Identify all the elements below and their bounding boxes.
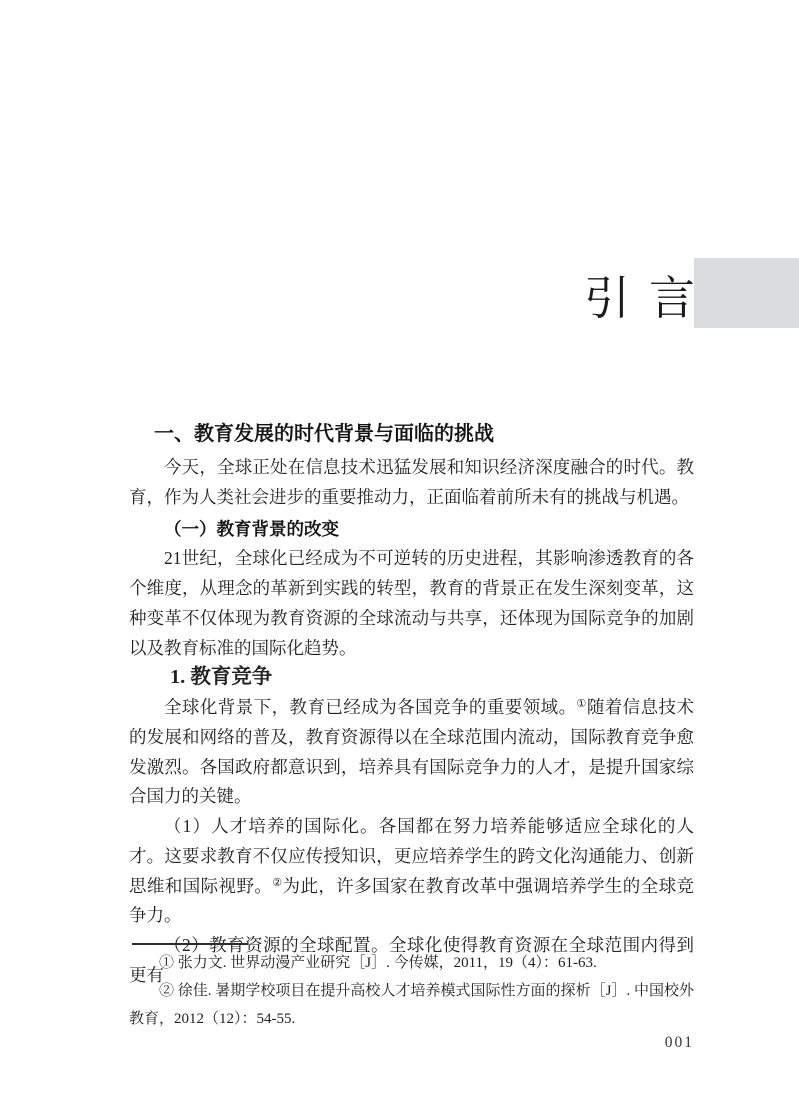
footnote-ref-2: ② [272,877,282,889]
page-number: 001 [129,1034,694,1052]
footnote-ref-1: ① [577,698,587,710]
paragraph-3-text: 全球化背景下，教育已经成为各国竞争的重要领域。 [164,697,577,717]
chapter-title-decoration-block [694,258,799,328]
chapter-title: 引 言 [584,275,695,321]
footnotes-block: ① 张力文. 世界动漫产业研究［J］. 今传媒，2011，19（4）：61-63… [129,943,694,1033]
paragraph-3: 全球化背景下，教育已经成为各国竞争的重要领域。①随着信息技术的发展和网络的普及，… [129,693,694,812]
footnote-1: ① 张力文. 世界动漫产业研究［J］. 今传媒，2011，19（4）：61-63… [129,949,694,977]
subsection-heading-2: 1. 教育竞争 [129,663,694,693]
chapter-title-char-1: 引 [584,275,630,321]
section-heading: 一、教育发展的时代背景与面临的挑战 [129,418,694,450]
paragraph-1: 今天，全球正处在信息技术迅猛发展和知识经济深度融合的时代。教育，作为人类社会进步… [129,453,694,513]
paragraph-2: 21世纪，全球化已经成为不可逆转的历史进程，其影响渗透教育的各个维度，从理念的革… [129,544,694,663]
chapter-title-char-2: 言 [649,275,695,321]
main-text-column: 一、教育发展的时代背景与面临的挑战 今天，全球正处在信息技术迅猛发展和知识经济深… [129,418,694,991]
footnote-2: ② 徐佳. 暑期学校项目在提升高校人才培养模式国际性方面的探析［J］. 中国校外… [129,977,694,1033]
subsection-heading-1: （一）教育背景的改变 [129,515,694,545]
paragraph-4: （1）人才培养的国际化。各国都在努力培养能够适应全球化的人才。这要求教育不仅应传… [129,812,694,931]
footnote-separator-rule [132,943,248,945]
book-page: 引 言 一、教育发展的时代背景与面临的挑战 今天，全球正处在信息技术迅猛发展和知… [0,0,799,1118]
